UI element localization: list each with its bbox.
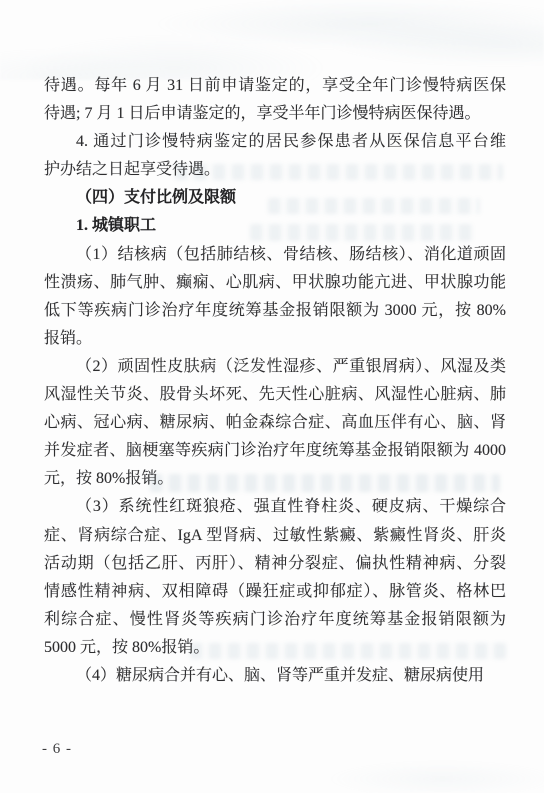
body-text-line: 4. 通过门诊慢特病鉴定的居民参保患者从医保信息平台维 — [44, 128, 506, 156]
body-text-line: 活动期（包括乙肝、丙肝）、精神分裂症、偏执性精神病、分裂 — [44, 550, 506, 578]
body-text-line: 心病、冠心病、糖尿病、帕金森综合症、高血压伴有心、脑、肾 — [44, 409, 506, 437]
heading-line: 1. 城镇职工 — [44, 212, 506, 240]
body-text-line: 5000 元，按 80%报销。 — [44, 634, 506, 662]
body-text-line: 风湿性关节炎、股骨头坏死、先天性心脏病、风湿性心脏病、肺 — [44, 381, 506, 409]
body-text-line: 报销。 — [44, 325, 506, 353]
body-text-line: （4）糖尿病合并有心、脑、肾等严重并发症、糖尿病使用 — [44, 662, 506, 690]
body-text-line: 症、肾病综合症、IgA 型肾病、过敏性紫癜、紫癜性肾炎、肝炎 — [44, 522, 506, 550]
body-text-line: 情感性精神病、双相障碍（躁狂症或抑郁症）、脉管炎、格林巴 — [44, 578, 506, 606]
body-text-line: 元，按 80%报销。 — [44, 465, 506, 493]
scan-noise-bottom — [290, 758, 544, 793]
body-text-line: 利综合症、慢性肾炎等疾病门诊治疗年度统筹基金报销限额为 — [44, 606, 506, 634]
body-text-line: 待遇; 7 月 1 日后申请鉴定的，享受半年门诊慢特病医保待遇。 — [44, 100, 506, 128]
scan-noise-top — [0, 0, 544, 80]
body-text-line: 护办结之日起享受待遇。 — [44, 156, 506, 184]
body-text-line: （1）结核病（包括肺结核、骨结核、肠结核）、消化道顽固 — [44, 241, 506, 269]
body-text-line: （2）顽固性皮肤病（泛发性湿疹、严重银屑病）、风湿及类 — [44, 353, 506, 381]
body-text-line: （3）系统性红斑狼疮、强直性脊柱炎、硬皮病、干燥综合 — [44, 493, 506, 521]
body-text-line: 待遇。每年 6 月 31 日前申请鉴定的，享受全年门诊慢特病医保 — [44, 72, 506, 100]
body-text-line: 并发症者、脑梗塞等疾病门诊治疗年度统筹基金报销限额为 4000 — [44, 437, 506, 465]
page-number: - 6 - — [42, 741, 72, 758]
body-text-line: 低下等疾病门诊治疗年度统筹基金报销限额为 3000 元，按 80% — [44, 297, 506, 325]
body-text: 待遇。每年 6 月 31 日前申请鉴定的，享受全年门诊慢特病医保待遇; 7 月 … — [44, 72, 506, 690]
scanned-document-page: 待遇。每年 6 月 31 日前申请鉴定的，享受全年门诊慢特病医保待遇; 7 月 … — [0, 0, 544, 793]
body-text-line: 性溃疡、肺气肿、癫痫、心肌病、甲状腺功能亢进、甲状腺功能 — [44, 269, 506, 297]
heading-line: （四）支付比例及限额 — [44, 184, 506, 212]
